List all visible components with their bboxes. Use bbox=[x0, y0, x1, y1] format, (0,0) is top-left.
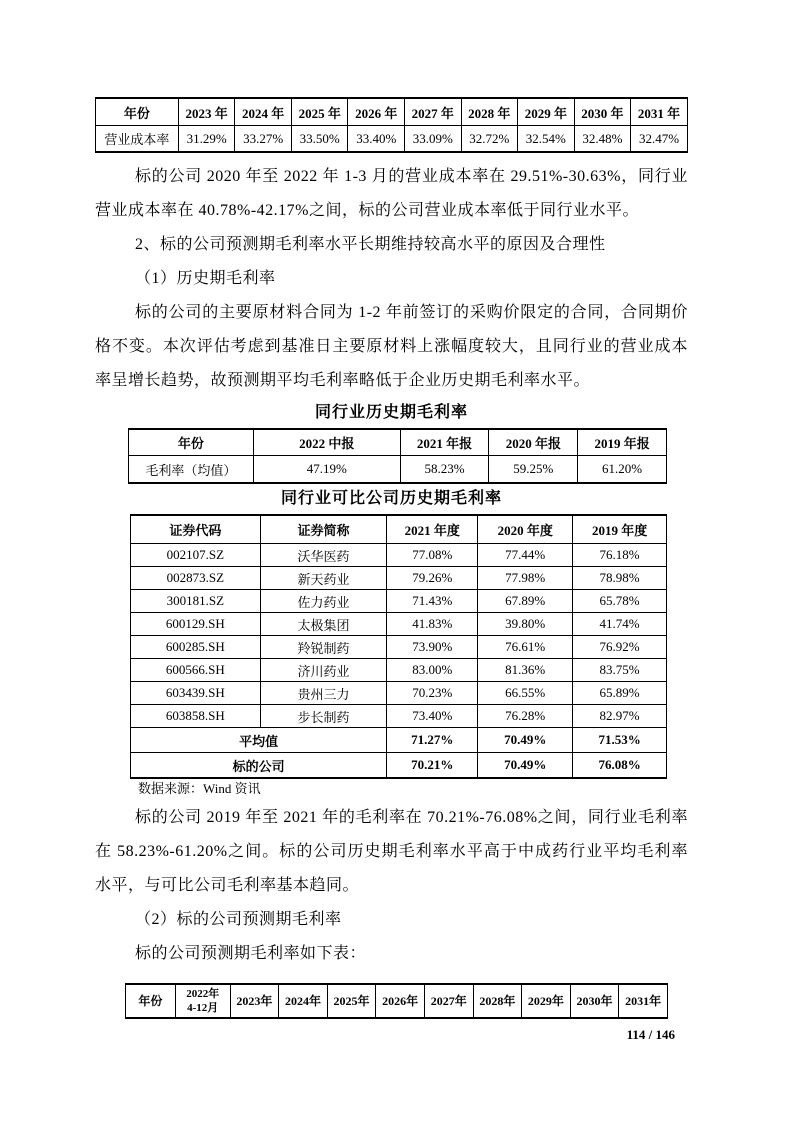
table-cell: 83.00% bbox=[387, 659, 478, 682]
table-summary-cell: 70.21% bbox=[387, 753, 478, 779]
table-title-comparable-companies: 同行业可比公司历史期毛利率 bbox=[95, 484, 688, 514]
table-row: 年份2022年 4-12月2023年2024年2025年2026年2027年20… bbox=[126, 984, 668, 1018]
operating-cost-rate-table: 年份2023 年2024 年2025 年2026 年2027 年2028 年20… bbox=[95, 97, 688, 153]
table-cell: 65.89% bbox=[573, 682, 667, 705]
table-row: 002107.SZ沃华医药77.08%77.44%76.18% bbox=[131, 544, 667, 567]
table-header-cell: 2023 年 bbox=[178, 98, 235, 126]
table-header-cell: 2027 年 bbox=[405, 98, 462, 126]
heading-forecast-margin: （2）标的公司预测期毛利率 bbox=[95, 903, 688, 937]
table-cell: 83.75% bbox=[573, 659, 667, 682]
table-summary-cell: 平均值 bbox=[131, 728, 387, 753]
table-header-cell: 2022年 4-12月 bbox=[175, 984, 230, 1018]
table-header-cell: 2020 年度 bbox=[478, 515, 573, 544]
document-page: 年份2023 年2024 年2025 年2026 年2027 年2028 年20… bbox=[0, 0, 793, 1122]
heading-section-2: 2、标的公司预测期毛利率水平长期维持较高水平的原因及合理性 bbox=[95, 228, 688, 262]
table-cell: 太极集团 bbox=[260, 613, 386, 636]
table-row: 600129.SH太极集团41.83%39.80%41.74% bbox=[131, 613, 667, 636]
table-header-cell: 2025 年 bbox=[291, 98, 348, 126]
table-header-cell: 年份 bbox=[96, 98, 179, 126]
table-header-cell: 2028年 bbox=[473, 984, 522, 1018]
forecast-margin-table: 年份2022年 4-12月2023年2024年2025年2026年2027年20… bbox=[125, 983, 668, 1019]
table-header-cell: 2026年 bbox=[376, 984, 425, 1018]
table-body: 002107.SZ沃华医药77.08%77.44%76.18%002873.SZ… bbox=[131, 544, 667, 728]
table-header-row: 年份2022 中报2021 年报2020 年报2019 年报 bbox=[129, 429, 667, 456]
table-cell: 32.48% bbox=[574, 126, 631, 153]
table-body: 营业成本率31.29%33.27%33.50%33.40%33.09%32.72… bbox=[96, 126, 688, 153]
page-content: 年份2023 年2024 年2025 年2026 年2027 年2028 年20… bbox=[95, 0, 688, 1056]
table-cell: 佐力药业 bbox=[260, 590, 386, 613]
table-cell: 41.74% bbox=[573, 613, 667, 636]
table-row: 600566.SH济川药业83.00%81.36%83.75% bbox=[131, 659, 667, 682]
table-cell: 33.09% bbox=[405, 126, 462, 153]
table-cell: 76.61% bbox=[478, 636, 573, 659]
table-header-cell: 2031 年 bbox=[631, 98, 688, 126]
table-cell: 73.90% bbox=[387, 636, 478, 659]
table-cell: 41.83% bbox=[387, 613, 478, 636]
paragraph-historical-margin-summary: 标的公司 2019 年至 2021 年的毛利率在 70.21%-76.08%之间… bbox=[95, 801, 688, 903]
table-header-cell: 2021 年报 bbox=[400, 429, 489, 456]
table-row: 年份2023 年2024 年2025 年2026 年2027 年2028 年20… bbox=[96, 98, 688, 126]
table-cell: 济川药业 bbox=[260, 659, 386, 682]
paragraph-raw-material: 标的公司的主要原材料合同为 1-2 年前签订的采购价限定的合同，合同期价格不变。… bbox=[95, 296, 688, 398]
table-row: 标的公司70.21%70.49%76.08% bbox=[131, 753, 667, 779]
paragraph-cost-rate-summary: 标的公司 2020 年至 2022 年 1-3 月的营业成本率在 29.51%-… bbox=[95, 160, 688, 228]
table-row: 平均值71.27%70.49%71.53% bbox=[131, 728, 667, 753]
table-cell: 39.80% bbox=[478, 613, 573, 636]
table-cell: 002873.SZ bbox=[131, 567, 261, 590]
table-cell: 32.72% bbox=[461, 126, 518, 153]
table-cell: 32.54% bbox=[518, 126, 575, 153]
table-header-cell: 证券代码 bbox=[131, 515, 261, 544]
table-cell: 毛利率（均值） bbox=[129, 456, 254, 484]
table-summary-rows: 平均值71.27%70.49%71.53%标的公司70.21%70.49%76.… bbox=[131, 728, 667, 779]
table-row: 毛利率（均值）47.19%58.23%59.25%61.20% bbox=[129, 456, 667, 484]
table-header-cell: 年份 bbox=[129, 429, 254, 456]
table-header-row: 年份2022年 4-12月2023年2024年2025年2026年2027年20… bbox=[126, 984, 668, 1018]
table-header-cell: 年份 bbox=[126, 984, 176, 1018]
table-cell: 77.98% bbox=[478, 567, 573, 590]
table-cell: 33.40% bbox=[348, 126, 405, 153]
table-cell: 贵州三力 bbox=[260, 682, 386, 705]
table-cell: 66.55% bbox=[478, 682, 573, 705]
table-cell: 76.28% bbox=[478, 705, 573, 728]
table-header-row: 年份2023 年2024 年2025 年2026 年2027 年2028 年20… bbox=[96, 98, 688, 126]
table-header-cell: 2021 年度 bbox=[387, 515, 478, 544]
table-cell: 76.92% bbox=[573, 636, 667, 659]
comparable-companies-table: 证券代码证券简称2021 年度2020 年度2019 年度 002107.SZ沃… bbox=[130, 514, 667, 779]
table-cell: 002107.SZ bbox=[131, 544, 261, 567]
table-summary-cell: 标的公司 bbox=[131, 753, 387, 779]
table-cell: 600285.SH bbox=[131, 636, 261, 659]
table-body: 毛利率（均值）47.19%58.23%59.25%61.20% bbox=[129, 456, 667, 484]
table-header-cell: 2022 中报 bbox=[253, 429, 400, 456]
table-cell: 31.29% bbox=[178, 126, 235, 153]
paragraph-forecast-intro: 标的公司预测期毛利率如下表： bbox=[95, 937, 688, 971]
table-cell: 67.89% bbox=[478, 590, 573, 613]
table-header-cell: 2025年 bbox=[327, 984, 376, 1018]
table-cell: 58.23% bbox=[400, 456, 489, 484]
table-header-cell: 2024 年 bbox=[235, 98, 292, 126]
table-header-cell: 2028 年 bbox=[461, 98, 518, 126]
table-cell: 新天药业 bbox=[260, 567, 386, 590]
table-cell: 59.25% bbox=[489, 456, 578, 484]
table-cell: 33.50% bbox=[291, 126, 348, 153]
table-summary-cell: 71.27% bbox=[387, 728, 478, 753]
table-row: 营业成本率31.29%33.27%33.50%33.40%33.09%32.72… bbox=[96, 126, 688, 153]
table-cell: 82.97% bbox=[573, 705, 667, 728]
table-cell: 71.43% bbox=[387, 590, 478, 613]
table-summary-cell: 70.49% bbox=[478, 728, 573, 753]
table-cell: 300181.SZ bbox=[131, 590, 261, 613]
page-number: 114 / 146 bbox=[95, 1027, 688, 1043]
table-cell: 77.08% bbox=[387, 544, 478, 567]
industry-margin-table: 年份2022 中报2021 年报2020 年报2019 年报 毛利率（均值）47… bbox=[128, 428, 667, 484]
table-row: 300181.SZ佐力药业71.43%67.89%65.78% bbox=[131, 590, 667, 613]
table-cell: 65.78% bbox=[573, 590, 667, 613]
table-row: 002873.SZ新天药业79.26%77.98%78.98% bbox=[131, 567, 667, 590]
table-header-cell: 2026 年 bbox=[348, 98, 405, 126]
table-summary-cell: 76.08% bbox=[573, 753, 667, 779]
table-header-cell: 证券简称 bbox=[260, 515, 386, 544]
table-row: 证券代码证券简称2021 年度2020 年度2019 年度 bbox=[131, 515, 667, 544]
table-summary-cell: 70.49% bbox=[478, 753, 573, 779]
table-cell: 羚锐制药 bbox=[260, 636, 386, 659]
table-header-row: 证券代码证券简称2021 年度2020 年度2019 年度 bbox=[131, 515, 667, 544]
table-cell: 32.47% bbox=[631, 126, 688, 153]
table-cell: 77.44% bbox=[478, 544, 573, 567]
table-header-cell: 2019 年报 bbox=[578, 429, 667, 456]
table-header-cell: 2027年 bbox=[424, 984, 473, 1018]
table-title-industry-margin: 同行业历史期毛利率 bbox=[95, 398, 688, 428]
table-header-cell: 2029 年 bbox=[518, 98, 575, 126]
table-cell: 70.23% bbox=[387, 682, 478, 705]
table-header-cell: 2020 年报 bbox=[489, 429, 578, 456]
table-cell: 603858.SH bbox=[131, 705, 261, 728]
table-cell: 78.98% bbox=[573, 567, 667, 590]
table-cell: 营业成本率 bbox=[96, 126, 179, 153]
table-header-cell: 2030 年 bbox=[574, 98, 631, 126]
table-cell: 步长制药 bbox=[260, 705, 386, 728]
table-header-cell: 2023年 bbox=[230, 984, 279, 1018]
table-cell: 79.26% bbox=[387, 567, 478, 590]
table-cell: 33.27% bbox=[235, 126, 292, 153]
table-cell: 61.20% bbox=[578, 456, 667, 484]
heading-historical-margin: （1）历史期毛利率 bbox=[95, 262, 688, 296]
table-cell: 沃华医药 bbox=[260, 544, 386, 567]
table-header-cell: 2019 年度 bbox=[573, 515, 667, 544]
table-row: 603439.SH贵州三力70.23%66.55%65.89% bbox=[131, 682, 667, 705]
table-cell: 73.40% bbox=[387, 705, 478, 728]
table-header-cell: 2031年 bbox=[619, 984, 668, 1018]
table-header-cell: 2029年 bbox=[522, 984, 571, 1018]
table-cell: 47.19% bbox=[253, 456, 400, 484]
table-cell: 81.36% bbox=[478, 659, 573, 682]
table-header-cell: 2030年 bbox=[570, 984, 619, 1018]
table-cell: 603439.SH bbox=[131, 682, 261, 705]
table-cell: 76.18% bbox=[573, 544, 667, 567]
table-summary-cell: 71.53% bbox=[573, 728, 667, 753]
table-cell: 600566.SH bbox=[131, 659, 261, 682]
table-row: 600285.SH羚锐制药73.90%76.61%76.92% bbox=[131, 636, 667, 659]
data-source-note: 数据来源：Wind 资讯 bbox=[138, 779, 688, 799]
table-cell: 600129.SH bbox=[131, 613, 261, 636]
table-row: 603858.SH步长制药73.40%76.28%82.97% bbox=[131, 705, 667, 728]
table-row: 年份2022 中报2021 年报2020 年报2019 年报 bbox=[129, 429, 667, 456]
table-header-cell: 2024年 bbox=[279, 984, 328, 1018]
